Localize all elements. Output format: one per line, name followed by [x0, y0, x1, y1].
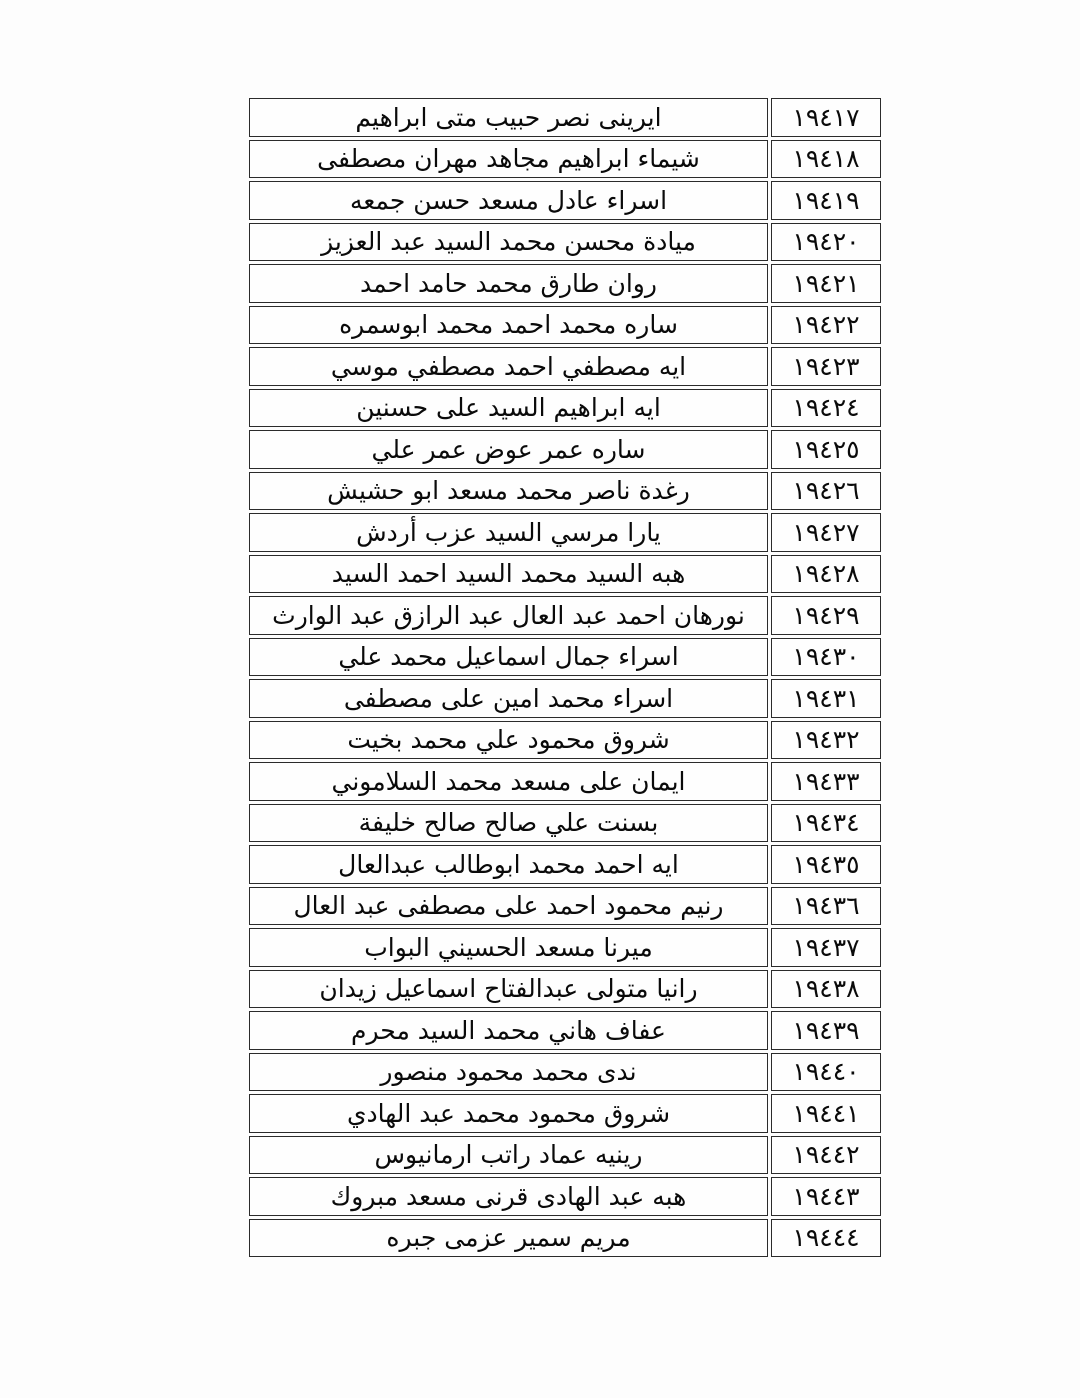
- table-row: ١٩٤٢٣ ايه مصطفي احمد مصطفي موسي: [249, 347, 881, 386]
- name-cell: رينيه عماد راتب ارمانيوس: [249, 1136, 768, 1175]
- table-row: ١٩٤٢١ روان طارق محمد حامد احمد: [249, 264, 881, 303]
- name-cell: ايه مصطفي احمد مصطفي موسي: [249, 347, 768, 386]
- name-cell: ميادة محسن محمد السيد عبد العزيز: [249, 223, 768, 262]
- name-cell: هبه عبد الهادى قرنى مسعد مبروك: [249, 1177, 768, 1216]
- serial-cell: ١٩٤٣٦: [771, 887, 881, 926]
- table-row: ١٩٤٢٤ ايه ابراهيم السيد على حسنين: [249, 389, 881, 428]
- name-cell: مريم سمير عزمى جبره: [249, 1219, 768, 1258]
- name-cell: شيماء ابراهيم مجاهد مهران مصطفى: [249, 140, 768, 179]
- name-cell: ساره محمد احمد محمد ابوسمره: [249, 306, 768, 345]
- serial-cell: ١٩٤١٩: [771, 181, 881, 220]
- serial-cell: ١٩٤٣٢: [771, 721, 881, 760]
- table-row: ١٩٤٣٨ رانيا متولى عبدالفتاح اسماعيل زيدا…: [249, 970, 881, 1009]
- table-row: ١٩٤٢٥ ساره عمر عوض عمر علي: [249, 430, 881, 469]
- serial-cell: ١٩٤٤٠: [771, 1053, 881, 1092]
- table-row: ١٩٤٢٨ هبه السيد محمد السيد احمد السيد: [249, 555, 881, 594]
- table-row: ١٩٤٤١ شروق محمود محمد عبد الهادي: [249, 1094, 881, 1133]
- table-row: ١٩٤٤٤ مريم سمير عزمى جبره: [249, 1219, 881, 1258]
- name-cell: ايرينى نصر حبيب متى ابراهيم: [249, 98, 768, 137]
- table-row: ١٩٤٢٧ يارا مرسي السيد عزب أردش: [249, 513, 881, 552]
- serial-cell: ١٩٤٣١: [771, 679, 881, 718]
- name-cell: ميرنا مسعد الحسيني البواب: [249, 928, 768, 967]
- name-cell: ساره عمر عوض عمر علي: [249, 430, 768, 469]
- document-page: ١٩٤١٧ ايرينى نصر حبيب متى ابراهيم ١٩٤١٨ …: [0, 0, 1080, 1398]
- table-row: ١٩٤٤٢ رينيه عماد راتب ارمانيوس: [249, 1136, 881, 1175]
- table-row: ١٩٤٣٩ عفاف هاني محمد السيد محرم: [249, 1011, 881, 1050]
- name-cell: روان طارق محمد حامد احمد: [249, 264, 768, 303]
- table-row: ١٩٤٣٠ اسراء جمال اسماعيل محمد علي: [249, 638, 881, 677]
- serial-cell: ١٩٤٢٤: [771, 389, 881, 428]
- serial-cell: ١٩٤٣٤: [771, 804, 881, 843]
- name-cell: نورهان احمد عبد العال عبد الرازق عبد الو…: [249, 596, 768, 635]
- table-row: ١٩٤٢٩ نورهان احمد عبد العال عبد الرازق ع…: [249, 596, 881, 635]
- name-cell: عفاف هاني محمد السيد محرم: [249, 1011, 768, 1050]
- name-cell: رنيم محمود احمد على مصطفى عبد العال: [249, 887, 768, 926]
- serial-cell: ١٩٤٣٨: [771, 970, 881, 1009]
- roster-table-body: ١٩٤١٧ ايرينى نصر حبيب متى ابراهيم ١٩٤١٨ …: [249, 98, 881, 1257]
- table-row: ١٩٤٣٦ رنيم محمود احمد على مصطفى عبد العا…: [249, 887, 881, 926]
- serial-cell: ١٩٤٢٨: [771, 555, 881, 594]
- serial-cell: ١٩٤٤١: [771, 1094, 881, 1133]
- table-row: ١٩٤٣١ اسراء محمد امين على مصطفى: [249, 679, 881, 718]
- serial-cell: ١٩٤٢١: [771, 264, 881, 303]
- table-row: ١٩٤٢٢ ساره محمد احمد محمد ابوسمره: [249, 306, 881, 345]
- table-row: ١٩٤١٨ شيماء ابراهيم مجاهد مهران مصطفى: [249, 140, 881, 179]
- table-row: ١٩٤٣٤ بسنت علي صالح صالح خليفة: [249, 804, 881, 843]
- serial-cell: ١٩٤٣٥: [771, 845, 881, 884]
- serial-cell: ١٩٤٢٦: [771, 472, 881, 511]
- name-cell: اسراء عادل مسعد حسن جمعه: [249, 181, 768, 220]
- serial-cell: ١٩٤٤٣: [771, 1177, 881, 1216]
- name-cell: اسراء جمال اسماعيل محمد علي: [249, 638, 768, 677]
- serial-cell: ١٩٤٢٩: [771, 596, 881, 635]
- serial-cell: ١٩٤٣٧: [771, 928, 881, 967]
- name-cell: ايه ابراهيم السيد على حسنين: [249, 389, 768, 428]
- table-row: ١٩٤٢٠ ميادة محسن محمد السيد عبد العزيز: [249, 223, 881, 262]
- table-row: ١٩٤١٩ اسراء عادل مسعد حسن جمعه: [249, 181, 881, 220]
- serial-cell: ١٩٤٢٥: [771, 430, 881, 469]
- name-cell: اسراء محمد امين على مصطفى: [249, 679, 768, 718]
- name-cell: شروق محمود علي محمد بخيت: [249, 721, 768, 760]
- name-cell: ايه احمد محمد ابوطالب عبدالعال: [249, 845, 768, 884]
- table-row: ١٩٤٣٣ ايمان على مسعد محمد السلاموني: [249, 762, 881, 801]
- table-row: ١٩٤٤٠ ندى محمد محمود منصور: [249, 1053, 881, 1092]
- table-row: ١٩٤٣٢ شروق محمود علي محمد بخيت: [249, 721, 881, 760]
- serial-cell: ١٩٤١٧: [771, 98, 881, 137]
- name-cell: بسنت علي صالح صالح خليفة: [249, 804, 768, 843]
- serial-cell: ١٩٤٣٣: [771, 762, 881, 801]
- serial-cell: ١٩٤٢٢: [771, 306, 881, 345]
- serial-cell: ١٩٤٢٧: [771, 513, 881, 552]
- serial-cell: ١٩٤٤٤: [771, 1219, 881, 1258]
- name-cell: ندى محمد محمود منصور: [249, 1053, 768, 1092]
- name-cell: هبه السيد محمد السيد احمد السيد: [249, 555, 768, 594]
- table-row: ١٩٤١٧ ايرينى نصر حبيب متى ابراهيم: [249, 98, 881, 137]
- serial-cell: ١٩٤١٨: [771, 140, 881, 179]
- serial-cell: ١٩٤٢٣: [771, 347, 881, 386]
- name-cell: رانيا متولى عبدالفتاح اسماعيل زيدان: [249, 970, 768, 1009]
- table-row: ١٩٤٣٥ ايه احمد محمد ابوطالب عبدالعال: [249, 845, 881, 884]
- table-row: ١٩٤٢٦ رغدة ناصر محمد مسعد ابو حشيش: [249, 472, 881, 511]
- table-row: ١٩٤٣٧ ميرنا مسعد الحسيني البواب: [249, 928, 881, 967]
- name-cell: رغدة ناصر محمد مسعد ابو حشيش: [249, 472, 768, 511]
- roster-table: ١٩٤١٧ ايرينى نصر حبيب متى ابراهيم ١٩٤١٨ …: [246, 95, 884, 1260]
- serial-cell: ١٩٤٤٢: [771, 1136, 881, 1175]
- name-cell: شروق محمود محمد عبد الهادي: [249, 1094, 768, 1133]
- name-cell: ايمان على مسعد محمد السلاموني: [249, 762, 768, 801]
- serial-cell: ١٩٤٣٩: [771, 1011, 881, 1050]
- serial-cell: ١٩٤٣٠: [771, 638, 881, 677]
- table-row: ١٩٤٤٣ هبه عبد الهادى قرنى مسعد مبروك: [249, 1177, 881, 1216]
- name-cell: يارا مرسي السيد عزب أردش: [249, 513, 768, 552]
- serial-cell: ١٩٤٢٠: [771, 223, 881, 262]
